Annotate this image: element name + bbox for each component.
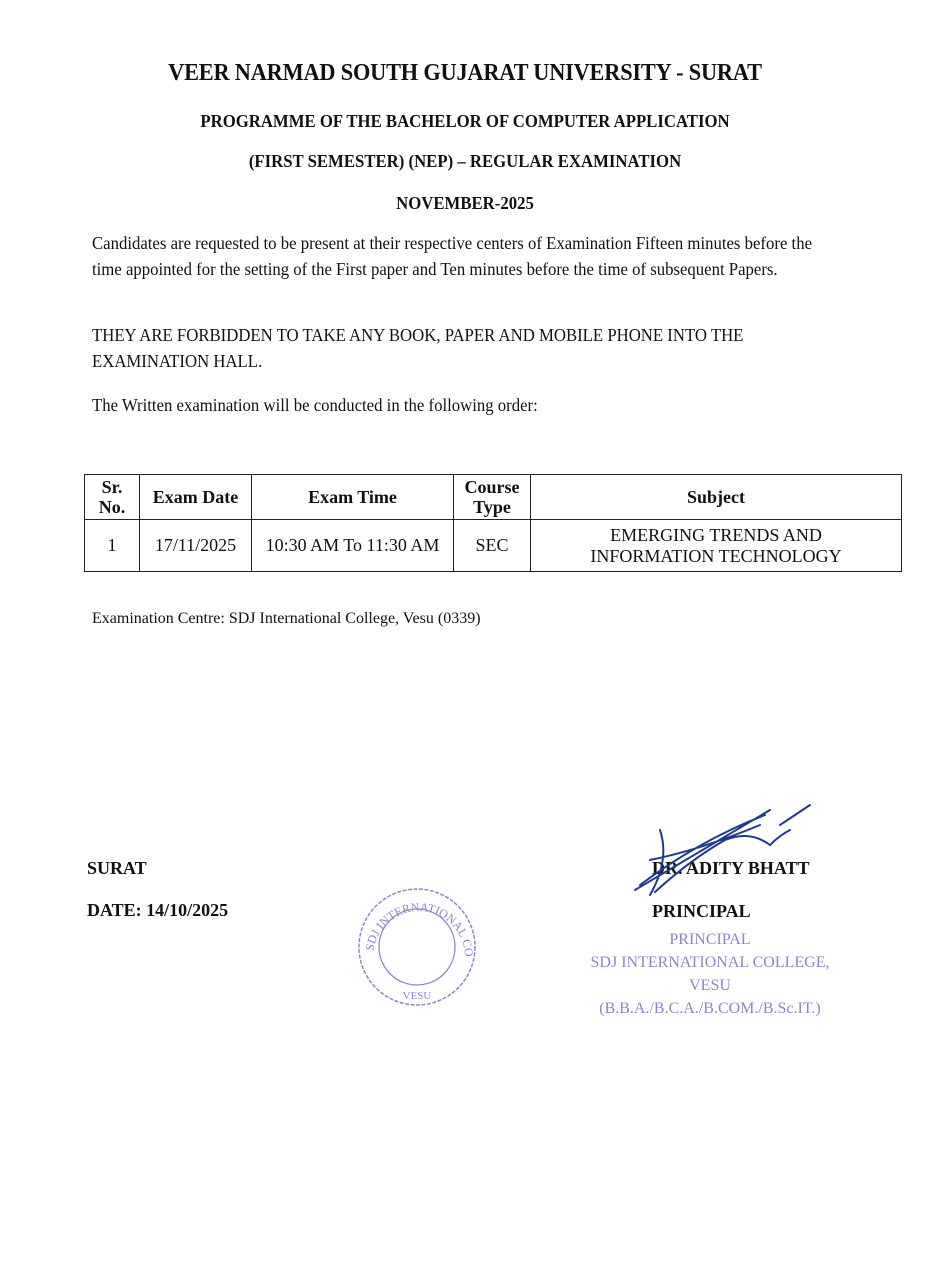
header-exam-date: Exam Date xyxy=(140,475,252,520)
programme-title: PROGRAMME OF THE BACHELOR OF COMPUTER AP… xyxy=(33,111,898,132)
session-title: NOVEMBER-2025 xyxy=(33,193,898,214)
stamp-line-3: (B.B.A./B.C.A./B.COM./B.Sc.IT.) xyxy=(570,997,850,1020)
college-seal-icon: SDJ INTERNATIONAL COLLEGE VESU xyxy=(355,885,480,1010)
svg-text:VESU: VESU xyxy=(403,990,432,1002)
header-course-type: Course Type xyxy=(454,475,531,520)
stamp-line-2: SDJ INTERNATIONAL COLLEGE, VESU xyxy=(570,951,850,997)
cell-subject: EMERGING TRENDS AND INFORMATION TECHNOLO… xyxy=(531,520,902,572)
cell-exam-date: 17/11/2025 xyxy=(140,520,252,572)
table-header-row: Sr. No. Exam Date Exam Time Course Type … xyxy=(85,475,902,520)
semester-title: (FIRST SEMESTER) (NEP) – REGULAR EXAMINA… xyxy=(33,151,898,172)
warning-paragraph: THEY ARE FORBIDDEN TO TAKE ANY BOOK, PAP… xyxy=(92,322,845,374)
cell-course-type: SEC xyxy=(454,520,531,572)
stamp-line-1: PRINCIPAL xyxy=(570,928,850,951)
signature-icon xyxy=(630,800,815,900)
examination-centre: Examination Centre: SDJ International Co… xyxy=(92,610,481,628)
header-subject: Subject xyxy=(531,475,902,520)
principal-stamp: PRINCIPAL SDJ INTERNATIONAL COLLEGE, VES… xyxy=(570,928,850,1020)
order-note: The Written examination will be conducte… xyxy=(92,392,845,418)
exam-schedule-table: Sr. No. Exam Date Exam Time Course Type … xyxy=(84,474,902,572)
cell-exam-time: 10:30 AM To 11:30 AM xyxy=(252,520,454,572)
header-sr-no: Sr. No. xyxy=(85,475,140,520)
university-title: VEER NARMAD SOUTH GUJARAT UNIVERSITY - S… xyxy=(33,60,898,87)
cell-sr-no: 1 xyxy=(85,520,140,572)
instruction-paragraph: Candidates are requested to be present a… xyxy=(92,230,845,282)
place-label: SURAT xyxy=(87,858,147,879)
svg-text:SDJ INTERNATIONAL COLLEGE: SDJ INTERNATIONAL COLLEGE xyxy=(355,885,476,958)
header-exam-time: Exam Time xyxy=(252,475,454,520)
issue-date: DATE: 14/10/2025 xyxy=(87,900,228,921)
signatory-title: PRINCIPAL xyxy=(652,901,751,922)
table-row: 1 17/11/2025 10:30 AM To 11:30 AM SEC EM… xyxy=(85,520,902,572)
